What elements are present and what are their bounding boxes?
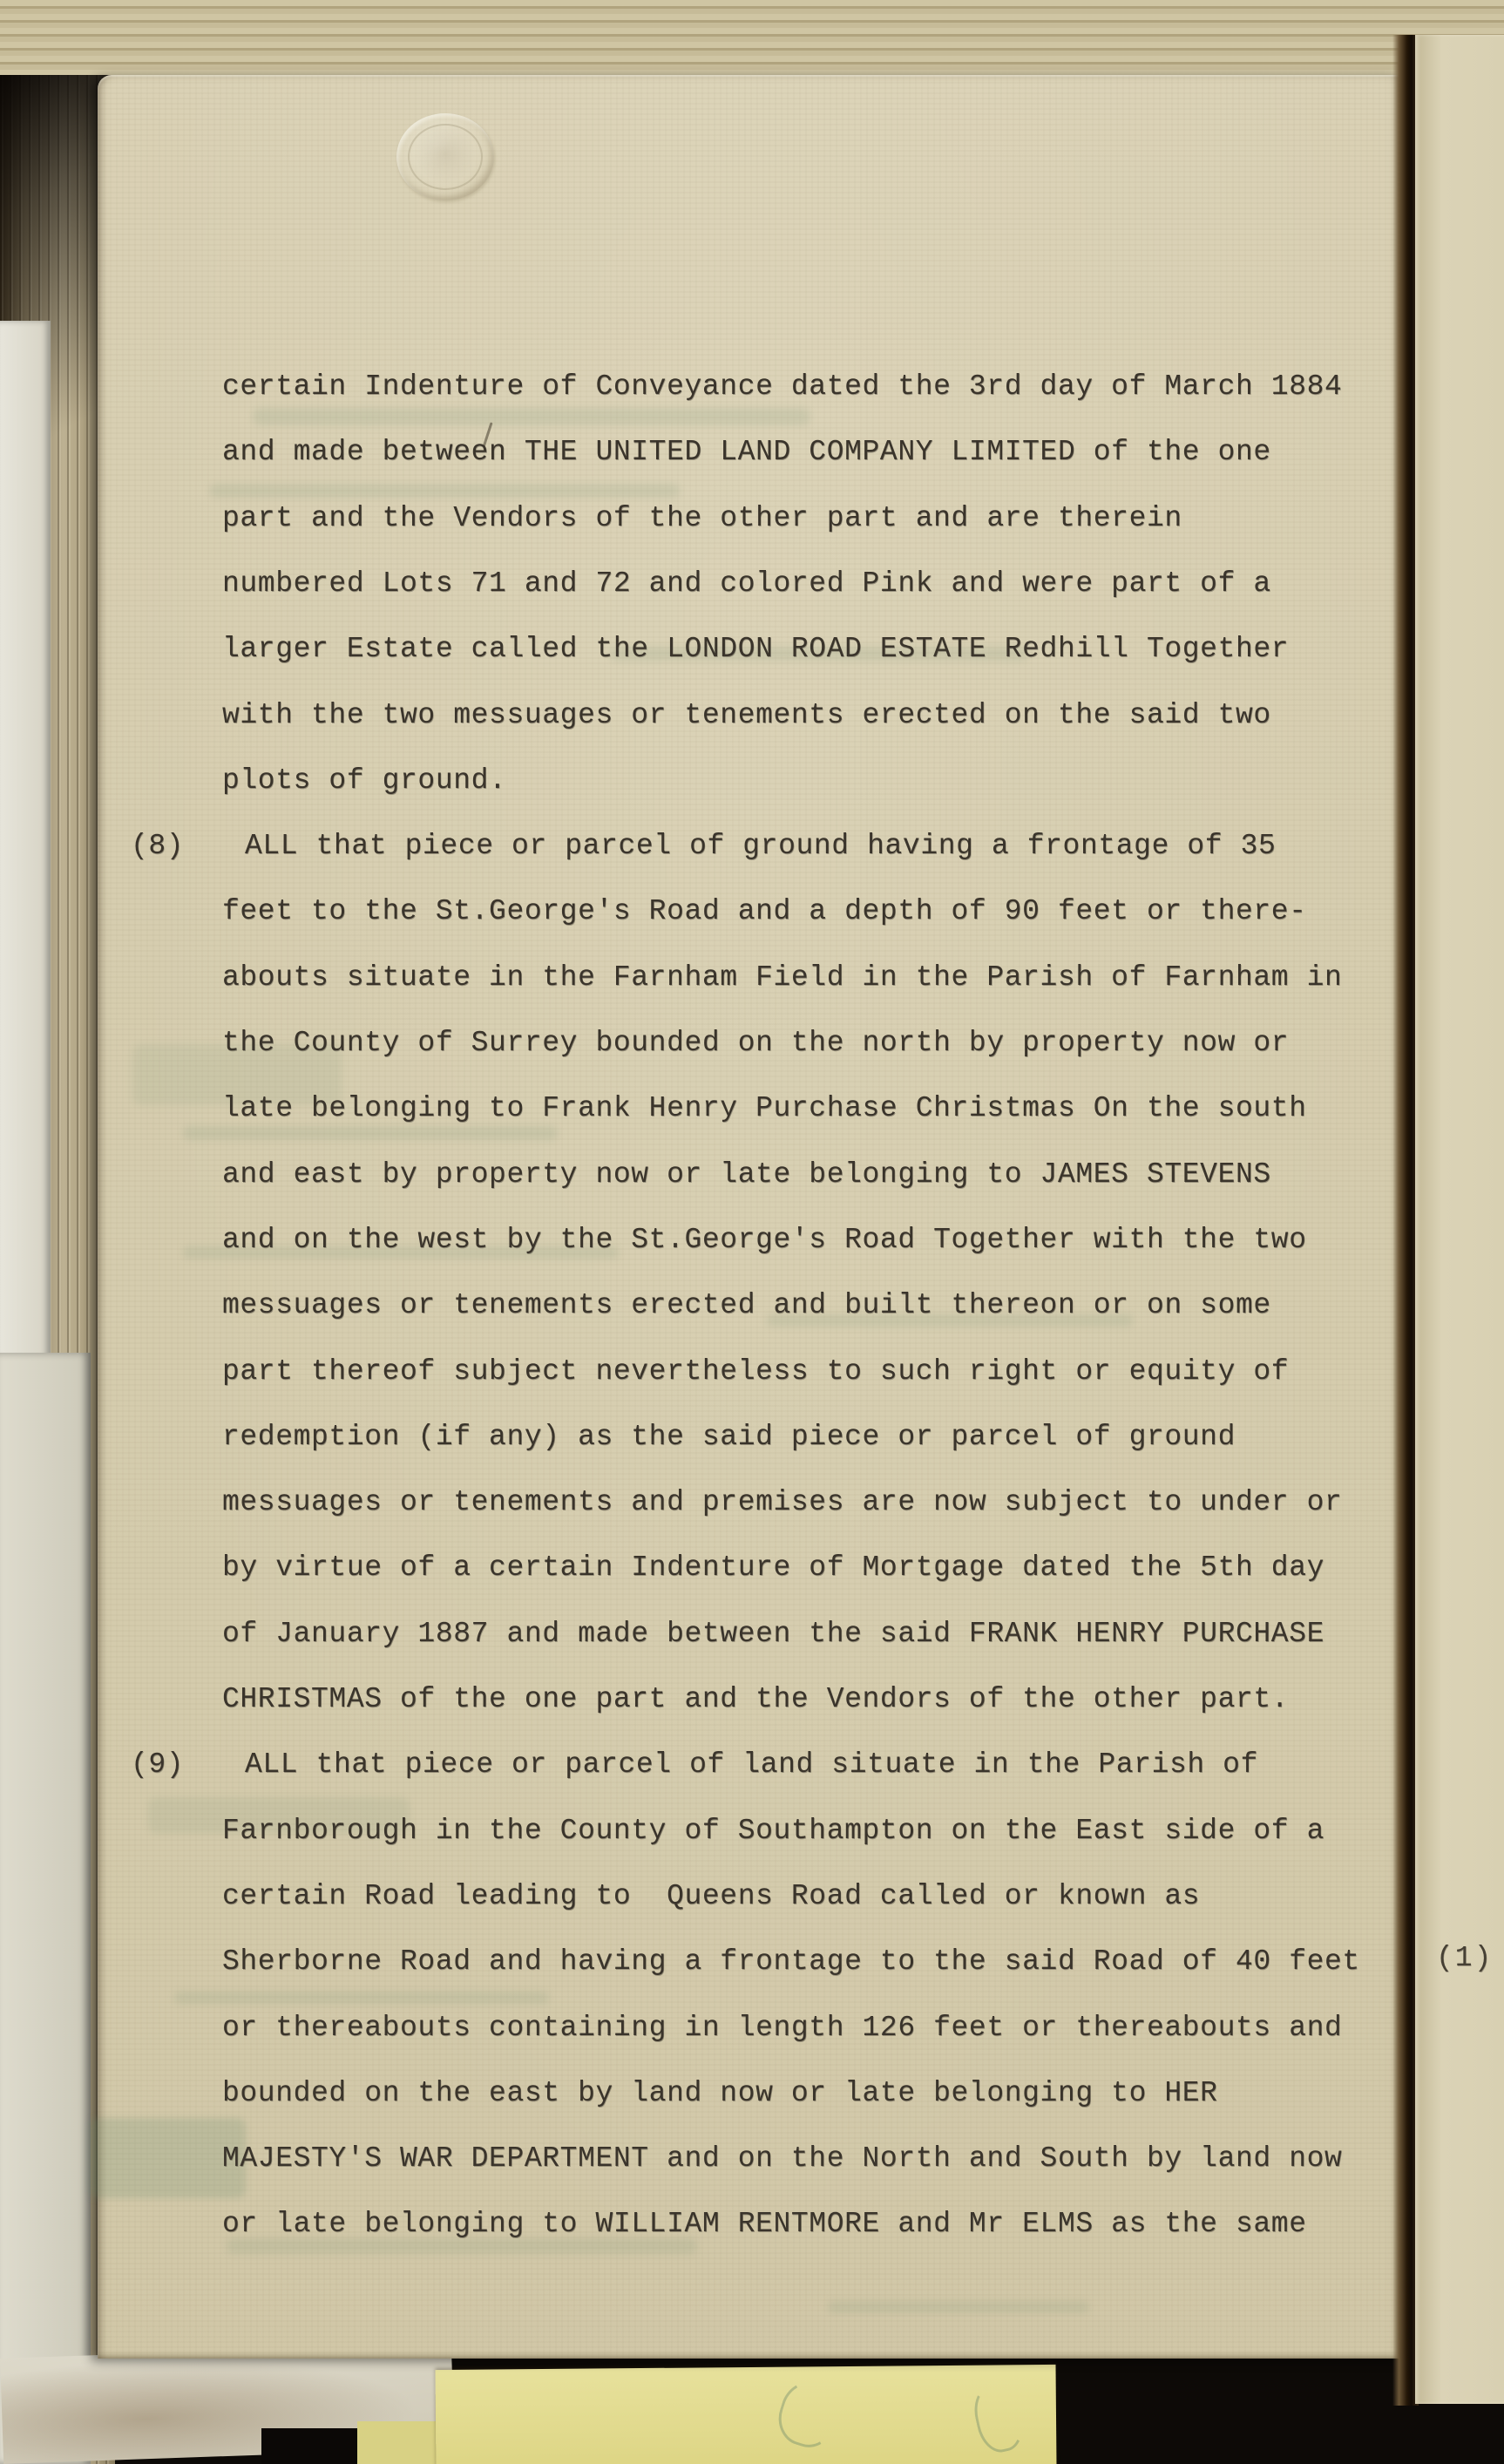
text-line: the County of Surrey bounded on the nort… bbox=[222, 1024, 1289, 1062]
text-line: Farnborough in the County of Southampton… bbox=[222, 1812, 1324, 1850]
next-page-number: (1) bbox=[1436, 1942, 1493, 1974]
text-line: numbered Lots 71 and 72 and colored Pink… bbox=[222, 565, 1271, 603]
text-line: messuages or tenements erected and built… bbox=[222, 1286, 1271, 1325]
text-line: part thereof subject nevertheless to suc… bbox=[222, 1353, 1289, 1391]
text-line: Sherborne Road and having a frontage to … bbox=[222, 1943, 1360, 1981]
protruding-sheet-lower bbox=[0, 1353, 91, 2464]
text-line: certain Indenture of Conveyance dated th… bbox=[222, 368, 1342, 406]
section-number: (8) bbox=[131, 827, 184, 865]
pencil-scribble bbox=[969, 2380, 1028, 2456]
text-line: certain Road leading to Queens Road call… bbox=[222, 1877, 1200, 1916]
text-line: and east by property now or late belongi… bbox=[222, 1156, 1271, 1194]
text-line: MAJESTY'S WAR DEPARTMENT and on the Nort… bbox=[222, 2140, 1342, 2178]
text-line: larger Estate called the LONDON ROAD EST… bbox=[222, 630, 1289, 669]
text-line: ALL that piece or parcel of land situate… bbox=[245, 1746, 1258, 1784]
protruding-sheet-upper bbox=[0, 321, 51, 1358]
text-line: part and the Vendors of the other part a… bbox=[222, 499, 1182, 538]
text-line: plots of ground. bbox=[222, 762, 506, 800]
text-line: messuages or tenements and premises are … bbox=[222, 1483, 1342, 1522]
typewritten-text: certain Indenture of Conveyance dated th… bbox=[98, 75, 1405, 2359]
text-line: by virtue of a certain Indenture of Mort… bbox=[222, 1549, 1324, 1587]
text-line: redemption (if any) as the said piece or… bbox=[222, 1418, 1236, 1456]
scanned-book-spread: certain Indenture of Conveyance dated th… bbox=[0, 0, 1504, 2464]
text-line: late belonging to Frank Henry Purchase C… bbox=[222, 1089, 1307, 1128]
pencil-scribble bbox=[771, 2375, 845, 2454]
text-line: and made between THE UNITED LAND COMPANY… bbox=[222, 433, 1271, 472]
text-line: bounded on the east by land now or late … bbox=[222, 2074, 1218, 2113]
shadow-gap bbox=[261, 2428, 357, 2464]
text-line: of January 1887 and made between the sai… bbox=[222, 1615, 1324, 1653]
yellow-slip-fragment bbox=[357, 2421, 437, 2464]
text-line: with the two messuages or tenements erec… bbox=[222, 696, 1271, 735]
document-page: certain Indenture of Conveyance dated th… bbox=[98, 75, 1405, 2359]
next-page-edge: (1) bbox=[1415, 35, 1504, 2404]
text-line: CHRISTMAS of the one part and the Vendor… bbox=[222, 1680, 1289, 1719]
text-line: and on the west by the St.George's Road … bbox=[222, 1221, 1307, 1259]
text-line: or thereabouts containing in length 126 … bbox=[222, 2009, 1342, 2047]
section-number: (9) bbox=[131, 1746, 184, 1784]
text-line: or late belonging to WILLIAM RENTMORE an… bbox=[222, 2205, 1307, 2243]
text-line: abouts situate in the Farnham Field in t… bbox=[222, 959, 1342, 997]
text-line: feet to the St.George's Road and a depth… bbox=[222, 893, 1307, 931]
text-line: ALL that piece or parcel of ground havin… bbox=[245, 827, 1276, 865]
yellow-slip bbox=[436, 2365, 1057, 2464]
